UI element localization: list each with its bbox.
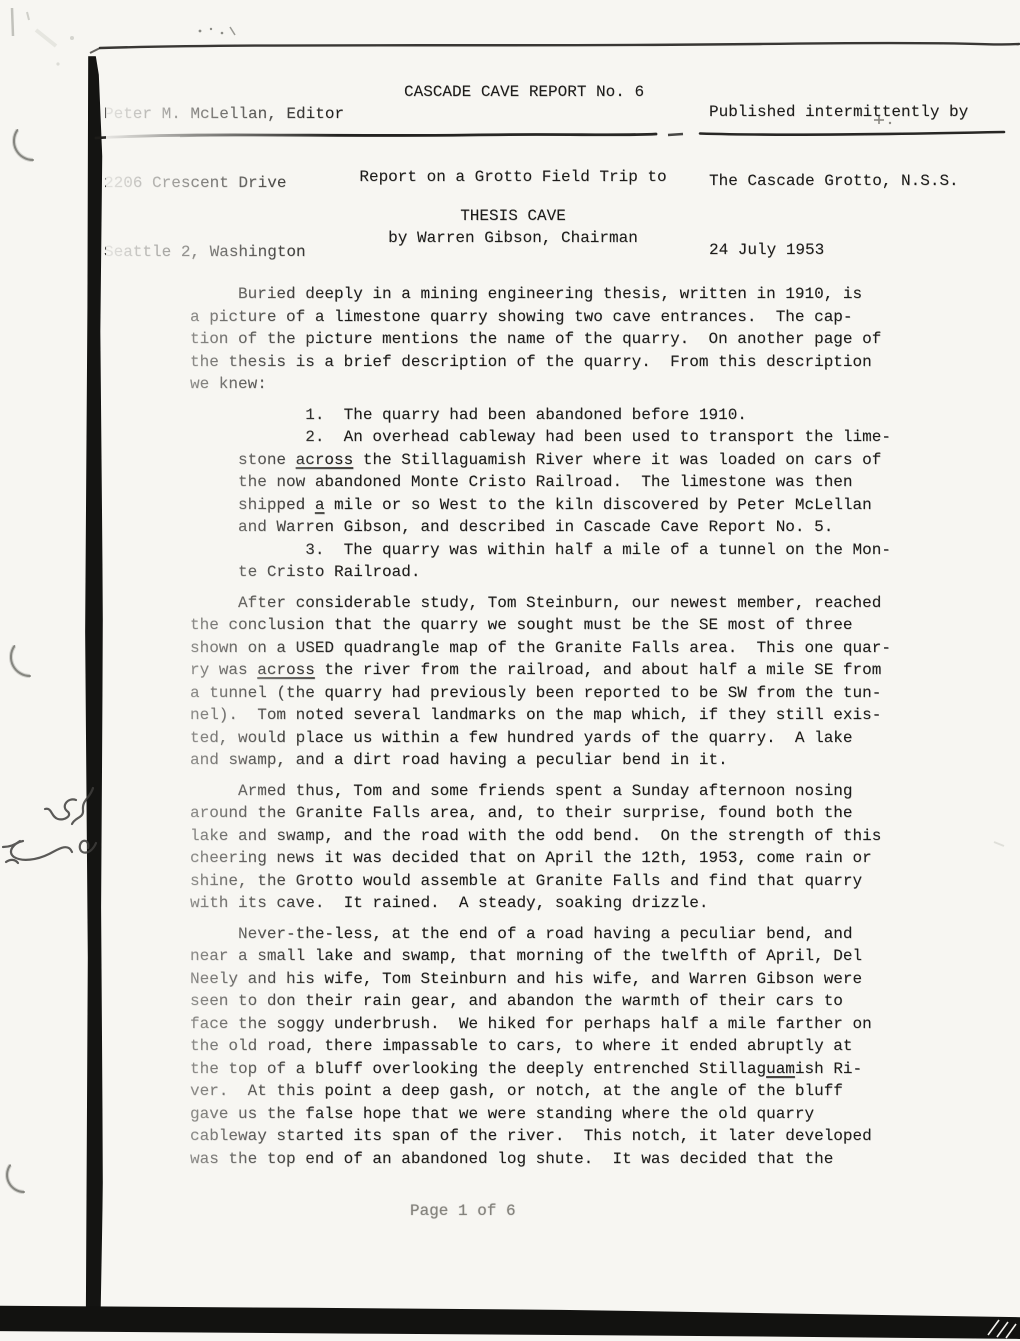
report-title: CASCADE CAVE REPORT No. 6 [404,81,644,104]
text-line: a tunnel (the quarry had previously been… [190,682,950,705]
document-text-layer: Peter M. McLellan, Editor 2206 Crescent … [0,0,1020,1341]
cave-name-title: THESIS CAVE [190,205,836,227]
text-line: 3. The quarry was within half a mile of … [190,539,950,562]
text-line: and swamp, and a dirt road having a pecu… [190,749,950,772]
text-line: stone across the Stillaguamish River whe… [190,449,950,472]
text-line: the top of a bluff overlooking the deepl… [190,1058,950,1081]
text-line: After considerable study, Tom Steinburn,… [190,592,950,615]
text-line: shine, the Grotto would assemble at Gran… [190,870,950,893]
text-line: cheering news it was decided that on Apr… [190,847,950,870]
text-line: 2. An overhead cableway had been used to… [190,426,950,449]
text-line: we knew: [190,373,950,396]
text-line: nel). Tom noted several landmarks on the… [190,704,950,727]
text-line: ry was across the river from the railroa… [190,659,950,682]
study-paragraph: After considerable study, Tom Steinburn,… [190,592,950,772]
text-line: was the top end of an abandoned log shut… [190,1148,950,1171]
sunday-search-paragraph: Armed thus, Tom and some friends spent a… [190,780,950,915]
text-line: Armed thus, Tom and some friends spent a… [190,780,950,803]
text-line: te Cristo Railroad. [190,561,950,584]
article-byline: by Warren Gibson, Chairman [190,227,836,249]
text-line: with its cave. It rained. A steady, soak… [190,892,950,915]
editor-name: Peter M. McLellan, Editor [104,103,344,126]
text-line: the thesis is a brief description of the… [190,351,950,374]
article-title-block: Report on a Grotto Field Trip to THESIS … [190,166,836,249]
text-line: seen to don their rain gear, and abandon… [190,990,950,1013]
text-line: the now abandoned Monte Cristo Railroad.… [190,471,950,494]
text-line: a picture of a limestone quarry showing … [190,306,950,329]
text-line: shipped a mile or so West to the kiln di… [190,494,950,517]
text-line: near a small lake and swamp, that mornin… [190,945,950,968]
text-line: the conclusion that the quarry we sought… [190,614,950,637]
text-line: shown on a USED quadrangle map of the Gr… [190,637,950,660]
document-body: Buried deeply in a mining engineering th… [190,283,950,1170]
scanned-document-page: Peter M. McLellan, Editor 2206 Crescent … [0,0,1020,1341]
page-number: Page 1 of 6 [410,1202,516,1220]
text-line: and Warren Gibson, and described in Casc… [190,516,950,539]
text-line: face the soggy underbrush. We hiked for … [190,1013,950,1036]
article-subtitle: Report on a Grotto Field Trip to [190,166,836,188]
field-trip-paragraph: Never-the-less, at the end of a road hav… [190,923,950,1171]
text-line: 1. The quarry had been abandoned before … [190,404,950,427]
text-line: ted, would place us within a few hundred… [190,727,950,750]
publisher-line: Published intermittently by [709,101,968,124]
opening-paragraph: Buried deeply in a mining engineering th… [190,283,950,396]
text-line: around the Granite Falls area, and, to t… [190,802,950,825]
numbered-findings-list: 1. The quarry had been abandoned before … [190,404,950,584]
text-line: Never-the-less, at the end of a road hav… [190,923,950,946]
text-line: ver. At this point a deep gash, or notch… [190,1080,950,1103]
text-line: gave us the false hope that we were stan… [190,1103,950,1126]
text-line: tion of the picture mentions the name of… [190,328,950,351]
text-line: cableway started its span of the river. … [190,1125,950,1148]
text-line: the old road, there impassable to cars, … [190,1035,950,1058]
text-line: Buried deeply in a mining engineering th… [190,283,950,306]
text-line: lake and swamp, and the road with the od… [190,825,950,848]
text-line: Neely and his wife, Tom Steinburn and hi… [190,968,950,991]
